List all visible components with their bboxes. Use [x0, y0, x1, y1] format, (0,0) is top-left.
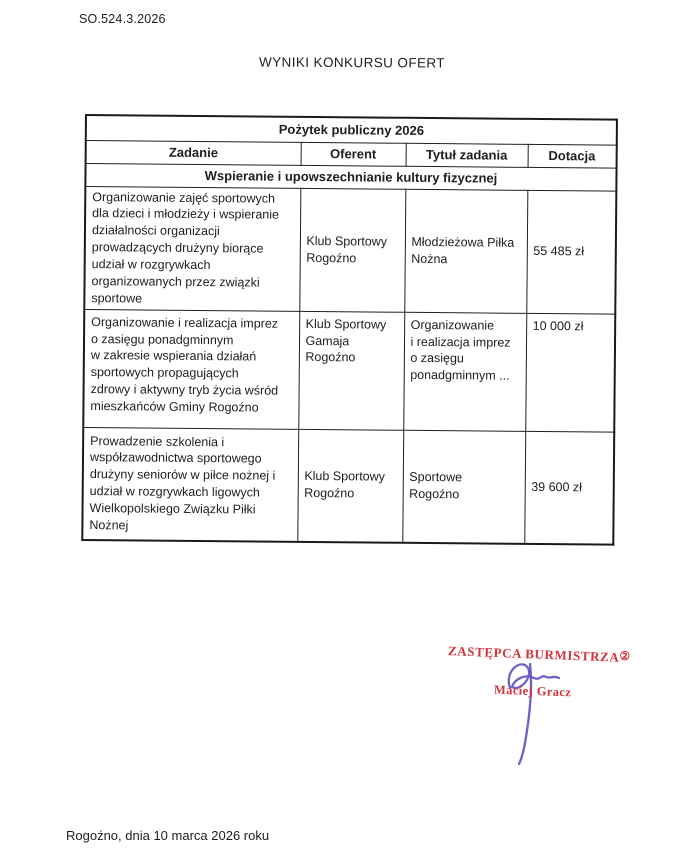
cell-oferent: Klub Sportowy Rogoźno	[299, 188, 405, 312]
cell-oferent: Klub Sportowy Gamaja Rogoźno	[298, 311, 404, 430]
table-row: Prowadzenie szkolenia i współzawodnictwa…	[82, 427, 614, 544]
cell-tytul-zadania: Organizowanie i realizacja imprez o zasi…	[403, 312, 526, 431]
column-header-tytul-zadania: Tytuł zadania	[406, 143, 528, 167]
cell-oferent: Klub Sportowy Rogoźno	[297, 429, 403, 542]
cell-dotacja: 55 485 zł	[526, 190, 616, 314]
table-row: Organizowanie i realizacja imprez o zasi…	[83, 309, 615, 432]
footer-dateline: Rogoźno, dnia 10 marca 2026 roku	[66, 828, 269, 843]
column-header-oferent: Oferent	[301, 142, 406, 166]
cell-zadanie: Prowadzenie szkolenia i współzawodnictwa…	[82, 427, 298, 541]
signature-block: ZASTĘPCA BURMISTRZA② Maciej Gracz	[430, 638, 660, 778]
table-row: Organizowanie zajęć sportowych dla dziec…	[84, 186, 616, 314]
column-header-dotacja: Dotacja	[528, 144, 617, 168]
stamp-role-text: ZASTĘPCA BURMISTRZA	[448, 643, 620, 665]
cell-tytul-zadania: Młodzieżowa Piłka Nożna	[404, 189, 527, 313]
document-title: WYNIKI KONKURSU OFERT	[0, 53, 682, 72]
stamp-role-title: ZASTĘPCA BURMISTRZA②	[448, 642, 649, 667]
column-header-zadanie: Zadanie	[86, 141, 301, 166]
results-table-wrapper: Pożytek publiczny 2026 Zadanie Oferent T…	[81, 114, 618, 545]
handwritten-signature	[488, 648, 568, 768]
scanned-document-page: { "doc": { "ref_number": "SO.524.3.2026"…	[0, 0, 682, 863]
stamp-signatory-name: Maciej Gracz	[494, 683, 572, 701]
cell-dotacja: 39 600 zł	[524, 431, 614, 544]
results-table: Pożytek publiczny 2026 Zadanie Oferent T…	[81, 114, 618, 545]
reference-number: SO.524.3.2026	[79, 12, 166, 26]
cell-dotacja: 10 000 zł	[525, 313, 615, 432]
cell-zadanie: Organizowanie i realizacja imprez o zasi…	[83, 309, 299, 429]
circled-two-mark: ②	[619, 649, 630, 663]
cell-tytul-zadania: Sportowe Rogoźno	[402, 430, 525, 544]
cell-zadanie: Organizowanie zajęć sportowych dla dziec…	[84, 186, 300, 311]
